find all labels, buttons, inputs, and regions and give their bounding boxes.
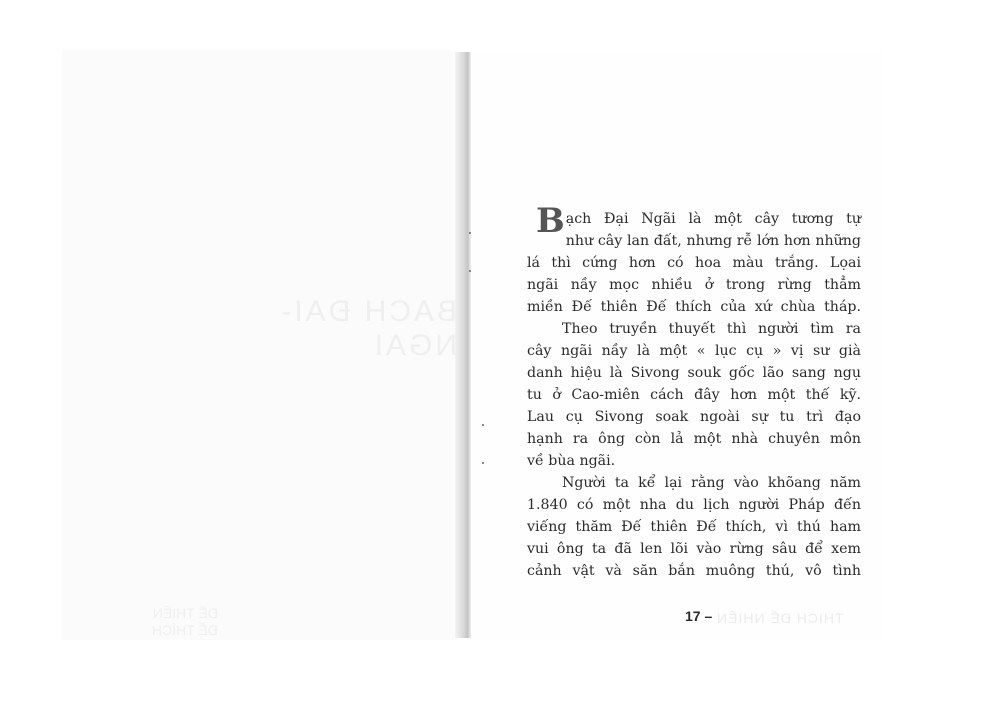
bleed-footer-line: ĐẾ THIÊN [152, 605, 218, 622]
text-line: Theo truyền thuyết thì người tìm ra [527, 318, 861, 340]
paragraph-3: Người ta kể lại rằng vào khõang năm 1.84… [527, 472, 861, 582]
text-line: miền Đế thiên Đế thích của xứ chùa tháp. [527, 296, 861, 318]
text-line: về bùa ngãi. [527, 450, 861, 472]
left-page: BACH ĐAI-NGAI ĐẾ THIÊN ĐẾ THÍCH [62, 50, 457, 640]
text-line: cây ngãi nầy là một « lục cụ » vị sư già [527, 340, 861, 362]
body-text: B ạch Đại Ngãi là một cây tương tự như c… [527, 208, 861, 582]
text-line: lá thì cứng hơn có hoa màu trắng. Lọai [527, 252, 861, 274]
paragraph-2: Theo truyền thuyết thì người tìm ra cây … [527, 318, 861, 472]
text-line: ngãi nầy mọc nhiều ở trong rừng thẳm [527, 274, 861, 296]
text-line: vui ông ta đã len lõi vào rừng sâu để xe… [527, 538, 861, 560]
text-line: viếng thăm Đế thiên Đế thích, vì thú ham [527, 516, 861, 538]
paragraph-1: B ạch Đại Ngãi là một cây tương tự như c… [527, 208, 861, 318]
scan-speck [469, 270, 471, 272]
bleed-footer-line: ĐẾ THÍCH [152, 622, 218, 639]
text-line: cảnh vật và săn bắn muông thú, vô tình [527, 560, 861, 582]
right-page: THICH ĐẾ NHIÊN B ạch Đại Ngãi là một cây… [471, 50, 883, 640]
text-line: Người ta kể lại rằng vào khõang năm [527, 472, 861, 494]
text-line: danh hiệu là Sivong souk gốc lão sang ng… [527, 362, 861, 384]
bleed-through-footer: THICH ĐẾ NHIÊN [716, 610, 844, 626]
text-line: hạnh ra ông còn lả một nhà chuyên môn [527, 428, 861, 450]
drop-cap: B [536, 208, 565, 232]
scan-speck [482, 462, 484, 464]
text-line: ạch Đại Ngãi là một cây tương tự [527, 208, 861, 230]
text-line: 1.840 có một nha du lịch người Pháp đến [527, 494, 861, 516]
book-spine [455, 52, 471, 638]
page-number: 17 – [685, 608, 712, 624]
scan-speck [482, 424, 484, 426]
scan-speck [469, 232, 471, 234]
text-line: Lau cụ Sivong soak ngoài sự tu trì đạo [527, 406, 861, 428]
bleed-through-title: BACH ĐAI-NGAI [212, 295, 457, 363]
text-line: tu ở Cao-miên cách đây hơn một thế kỹ. [527, 384, 861, 406]
text-line: như cây lan đất, nhưng rễ lớn hơn những [527, 230, 861, 252]
bleed-through-footer: ĐẾ THIÊN ĐẾ THÍCH [152, 605, 218, 639]
